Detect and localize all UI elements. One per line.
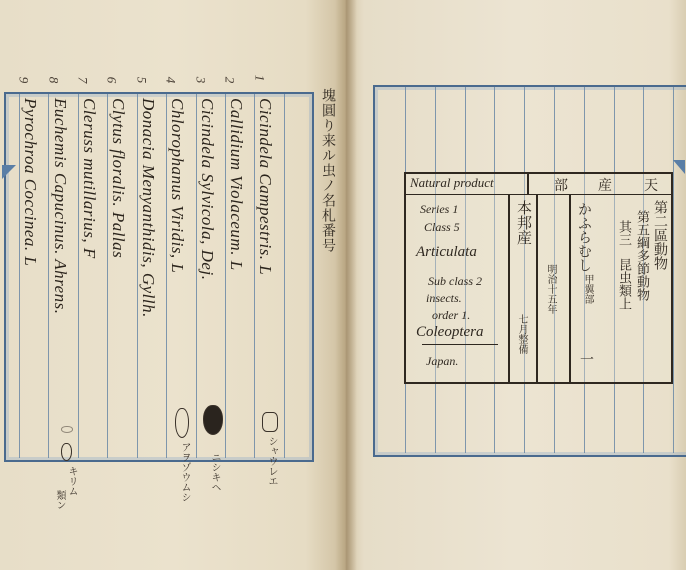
label-header-jp: 産 bbox=[598, 175, 612, 195]
annotation: 類ン bbox=[52, 490, 67, 510]
divider bbox=[569, 194, 571, 382]
label-classification-jp: 昆虫類上 bbox=[614, 258, 633, 310]
species-entry: Cicindela Campestris. L bbox=[255, 98, 275, 275]
entry-number: 1 bbox=[251, 75, 267, 82]
column-rule bbox=[673, 87, 674, 453]
label-subclass: Sub class 2 bbox=[428, 274, 482, 289]
frame-corner-tab bbox=[673, 160, 685, 174]
entry-number: 7 bbox=[74, 77, 90, 84]
beetle-sketch-icon bbox=[61, 426, 73, 433]
entry-number: 9 bbox=[15, 77, 31, 84]
label-date2-jp: 七月整備 bbox=[514, 314, 529, 354]
book-gutter bbox=[335, 0, 357, 570]
species-entry: Euchemis Capucinus. Ahrens. bbox=[50, 98, 70, 315]
annotation: シャウレエ bbox=[264, 436, 279, 486]
species-entry: Pyrochroa Coccinea. L bbox=[20, 98, 40, 266]
label-classification-jp: 第二區動物 bbox=[650, 200, 670, 270]
label-origin-jp: 本邦産 bbox=[514, 200, 535, 245]
beetle-sketch-icon bbox=[203, 405, 223, 435]
left-page: 1 2 3 4 5 6 7 8 9 Cicindela Campestris. … bbox=[0, 0, 347, 570]
label-class: Class 5 bbox=[424, 220, 460, 235]
label-header: Natural product 部 産 天 bbox=[406, 174, 671, 195]
label-classification-jp: 第五綱多節動物 bbox=[632, 210, 651, 301]
annotation: ニシキヘ bbox=[207, 452, 222, 492]
entry-number: 6 bbox=[103, 77, 119, 84]
label-subclass-name: insects. bbox=[426, 291, 462, 306]
frame-corner-tab bbox=[2, 165, 16, 179]
entry-number: 5 bbox=[133, 77, 149, 84]
label-collector-jp: 甲翼部 bbox=[580, 274, 595, 304]
divider bbox=[536, 194, 538, 382]
beetle-sketch-icon bbox=[61, 443, 72, 461]
species-entry: Chlorophanus Viridis, L bbox=[167, 98, 187, 273]
column-rule bbox=[284, 94, 285, 458]
label-locality: Japan. bbox=[426, 354, 458, 369]
label-common-name: かふらむし bbox=[574, 202, 594, 272]
entry-number: 3 bbox=[192, 77, 208, 84]
label-phylum: Articulata bbox=[416, 244, 477, 261]
beetle-sketch-icon bbox=[262, 412, 278, 432]
column-rule bbox=[48, 94, 49, 458]
species-entry: Clytus floralis. Pallas bbox=[108, 98, 128, 258]
book-spread: 1 2 3 4 5 6 7 8 9 Cicindela Campestris. … bbox=[0, 0, 686, 570]
species-entry: Cleruss mutillarius, F bbox=[79, 98, 99, 259]
divider bbox=[422, 344, 498, 345]
entry-number: 2 bbox=[221, 77, 237, 84]
label-order-name: Coleoptera bbox=[416, 324, 484, 341]
annotation: アヲゾウムシ bbox=[177, 442, 192, 502]
label-header-jp: 部 bbox=[554, 175, 568, 195]
entry-number: 8 bbox=[45, 77, 61, 84]
label-order: order 1. bbox=[432, 308, 470, 323]
label-count-jp: 一 bbox=[576, 352, 596, 366]
label-header-en: Natural product bbox=[410, 175, 494, 191]
divider bbox=[527, 174, 529, 194]
label-date-jp: 明治十五年 bbox=[543, 264, 558, 314]
species-entry: Cicindela Sylvicola, Dej. bbox=[197, 98, 217, 280]
divider bbox=[508, 194, 510, 382]
label-classification-jp: 其三 bbox=[614, 220, 633, 246]
specimen-label-card: Natural product 部 産 天 Series 1 Class 5 A… bbox=[404, 172, 673, 384]
label-series: Series 1 bbox=[420, 202, 458, 217]
species-entry: Callidium Violaceum. L bbox=[226, 98, 246, 271]
species-entry: Donacia Menyanthidis, Gyllh. bbox=[138, 98, 158, 318]
label-header-jp: 天 bbox=[644, 175, 658, 195]
beetle-sketch-icon bbox=[175, 408, 189, 438]
entry-number: 4 bbox=[162, 77, 178, 84]
